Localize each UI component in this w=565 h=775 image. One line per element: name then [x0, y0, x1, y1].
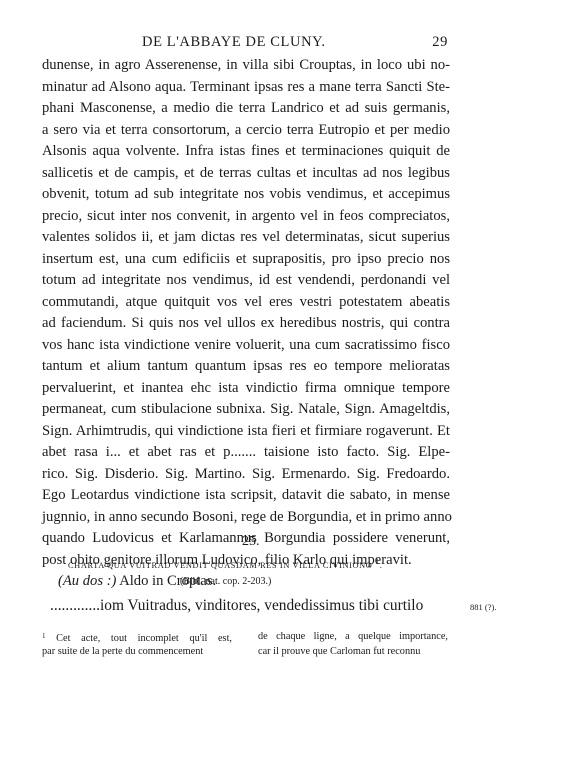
charter-source: (Bibl. nat. cop. 2-203.): [180, 576, 271, 587]
footnote-line: par suite de la perte du commencement: [42, 644, 232, 659]
text-line: Sign. Arhimtrudis, qui vindictione ista …: [42, 421, 450, 443]
text-line: vos hanc ista vindictione venire volueri…: [42, 335, 450, 357]
running-head-title: DE L'ABBAYE DE CLUNY.: [142, 34, 326, 51]
text-line: permaneat, cum stibulacione subnixa. Sig…: [42, 399, 450, 421]
page-number: 29: [432, 34, 448, 51]
text-line: Alsonis aqua volvente. Infra istas fines…: [42, 141, 450, 163]
footnote-line: 1 Cet acte, tout incomplet qu'il est,: [42, 629, 232, 644]
footnote-column-right: de chaque ligne, a quelque importance, c…: [258, 629, 448, 659]
text-line: jugnnio, in anno secundo Bosoni, rege de…: [42, 507, 450, 529]
text-line: sallicetis et de campis, et de terras cu…: [42, 163, 450, 185]
text-line: rico. Sig. Disderio. Sig. Martino. Sig. …: [42, 464, 450, 486]
charter-24-body: dunense, in agro Asserenense, in villa s…: [42, 55, 450, 593]
text-line: totum ad integritate nos vendimus, id es…: [42, 270, 450, 292]
footnote-line: de chaque ligne, a quelque importance,: [258, 629, 448, 644]
text-line: pervaluerint, et inantea ehc ista vindic…: [42, 378, 450, 400]
text-line: abet rasa i... et abet ras et p....... t…: [42, 442, 450, 464]
charter-title-end: .: [380, 561, 383, 570]
footnote-column-left: 1 Cet acte, tout incomplet qu'il est, pa…: [42, 629, 232, 659]
charter-title: CHARTA QUA VUITRAD VENDIT QUASDAM RES IN…: [68, 557, 448, 570]
margin-date: 881 (?).: [470, 602, 496, 612]
text-line: phani Masconense, a medio die terra Land…: [42, 98, 450, 120]
text-line: obvenit, totum ad sub integritate nos vo…: [42, 184, 450, 206]
text-line: minatur ad Alsono aqua. Terminant ipsas …: [42, 77, 450, 99]
footnote-line: car il prouve que Carloman fut reconnu: [258, 644, 448, 659]
running-head: DE L'ABBAYE DE CLUNY. 29: [42, 34, 448, 52]
text-line: precio, sicut inter nos convenit, in arg…: [42, 206, 450, 228]
document-page: DE L'ABBAYE DE CLUNY. 29 dunense, in agr…: [0, 0, 565, 775]
charter-number-text: 25.: [242, 534, 260, 550]
text-line: insertum est, una cum edificiis et supra…: [42, 249, 450, 271]
footnote-mark: 1: [42, 632, 46, 640]
footnote-text: Cet acte, tout incomplet qu'il est,: [56, 633, 232, 644]
text-line: valentes solidos ii, et jam dictas res v…: [42, 227, 450, 249]
text-line: Ego Leotardus vindictione ista scripsit,…: [42, 485, 450, 507]
charter-title-text: CHARTA QUA VUITRAD VENDIT QUASDAM RES IN…: [68, 561, 372, 570]
endorsement-label: (Au dos :): [58, 573, 116, 589]
charter-25-first-line: .............iom Vuitradus, vinditores, …: [50, 597, 448, 615]
text-line: tantum et alium tantum quantum ipsas res…: [42, 356, 450, 378]
text-line: a sero via et terra consortorum, a cerci…: [42, 120, 450, 142]
text-line: commutandi, atque quitquit vos vel eres …: [42, 292, 450, 314]
text-line: dunense, in agro Asserenense, in villa s…: [42, 55, 450, 77]
text-line: ad faciendum. Si quis nos vel ullos ex h…: [42, 313, 450, 335]
